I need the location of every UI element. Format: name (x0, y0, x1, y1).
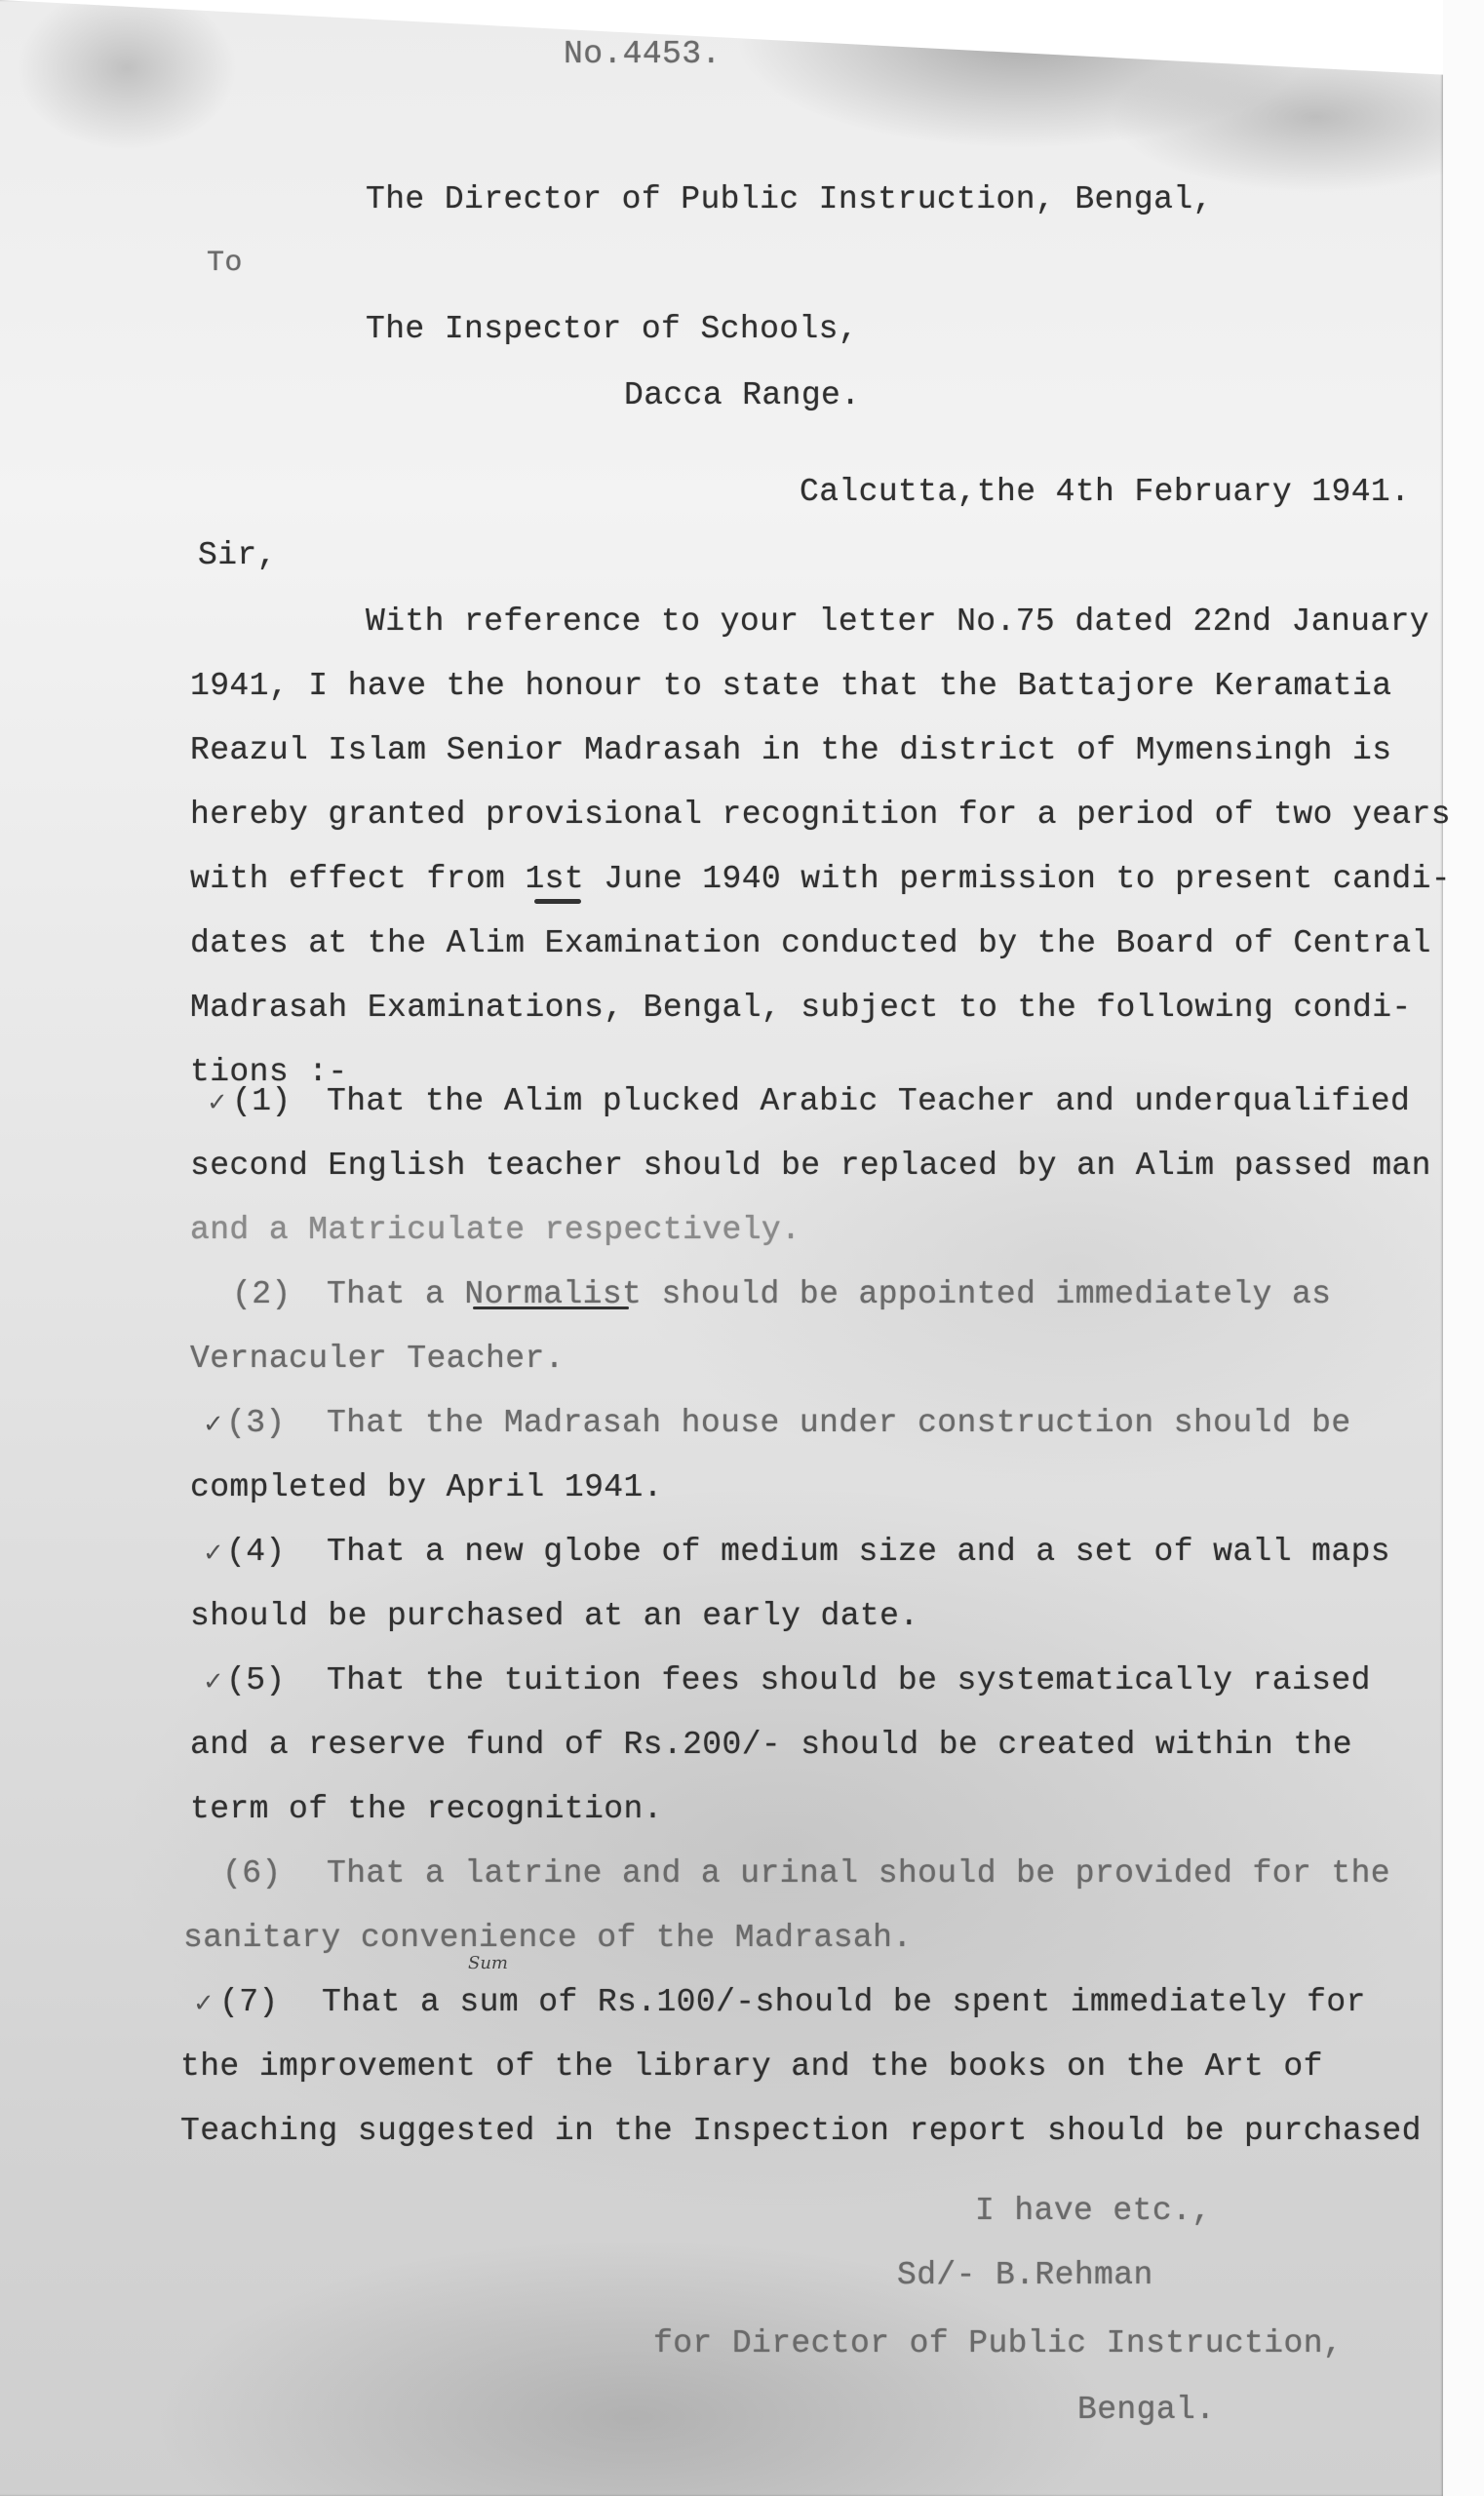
check-mark-icon: ✓ (207, 1088, 228, 1117)
handwritten-underline (473, 1306, 629, 1309)
condition-text: That a latrine and a urinal should be pr… (327, 1854, 1390, 1893)
condition-number: (6) (222, 1854, 282, 1893)
check-mark-icon: ✓ (203, 1539, 224, 1568)
recipient-title: The Inspector of Schools, (366, 310, 858, 349)
place-date: Calcutta,the 4th February 1941. (800, 473, 1410, 512)
condition-text: Teaching suggested in the Inspection rep… (180, 2112, 1422, 2151)
salutation: Sir, (198, 536, 277, 575)
condition-text: second English teacher should be replace… (190, 1147, 1431, 1186)
body-line: hereby granted provisional recognition f… (190, 796, 1451, 835)
condition-text: the improvement of the library and the b… (180, 2047, 1323, 2086)
to-label: To (207, 244, 243, 283)
body-line: With reference to your letter No.75 date… (366, 603, 1429, 642)
condition-text: and a reserve fund of Rs.200/- should be… (190, 1726, 1352, 1765)
condition-text: sanitary convenience of the Madrasah. (183, 1919, 913, 1958)
body-line: with effect from 1st June 1940 with perm… (190, 860, 1451, 899)
closing: I have etc., (975, 2192, 1211, 2231)
condition-text: and a Matriculate respectively. (190, 1211, 801, 1250)
condition-number: (2) (232, 1275, 292, 1314)
condition-text: Vernaculer Teacher. (190, 1340, 565, 1379)
check-mark-icon: ✓ (203, 1410, 224, 1439)
signature: Sd/- B.Rehman (897, 2256, 1153, 2295)
condition-text: completed by April 1941. (190, 1468, 663, 1507)
condition-number: (4) (226, 1533, 286, 1572)
signatory-title: for Director of Public Instruction, (653, 2324, 1343, 2363)
sender-line: The Director of Public Instruction, Beng… (366, 180, 1213, 219)
condition-number: (3) (226, 1404, 286, 1443)
condition-text: should be purchased at an early date. (190, 1597, 919, 1636)
condition-number: (1) (232, 1082, 292, 1121)
condition-text: That a new globe of medium size and a se… (327, 1533, 1390, 1572)
condition-number: (5) (226, 1661, 286, 1700)
recipient-range: Dacca Range. (624, 376, 860, 415)
body-line: 1941, I have the honour to state that th… (190, 667, 1391, 706)
body-line: Madrasah Examinations, Bengal, subject t… (190, 989, 1412, 1028)
scan-margin (1443, 0, 1484, 2496)
condition-number: (7) (219, 1983, 279, 2022)
check-mark-icon: ✓ (203, 1667, 224, 1696)
condition-text: That a sum of Rs.100/-should be spent im… (322, 1983, 1366, 2022)
handwritten-correction: Sum (468, 1953, 508, 1973)
condition-text: That the tuition fees should be systemat… (327, 1661, 1371, 1700)
handwritten-underline (534, 899, 581, 904)
reference-number: No.4453. (564, 35, 722, 74)
condition-text: That the Madrasah house under constructi… (327, 1404, 1351, 1443)
check-mark-icon: ✓ (193, 1989, 215, 2018)
body-line: Reazul Islam Senior Madrasah in the dist… (190, 731, 1391, 770)
condition-text: term of the recognition. (190, 1790, 663, 1829)
body-line: dates at the Alim Examination conducted … (190, 924, 1431, 963)
condition-text: That the Alim plucked Arabic Teacher and… (327, 1082, 1410, 1121)
signatory-region: Bengal. (1077, 2391, 1215, 2430)
